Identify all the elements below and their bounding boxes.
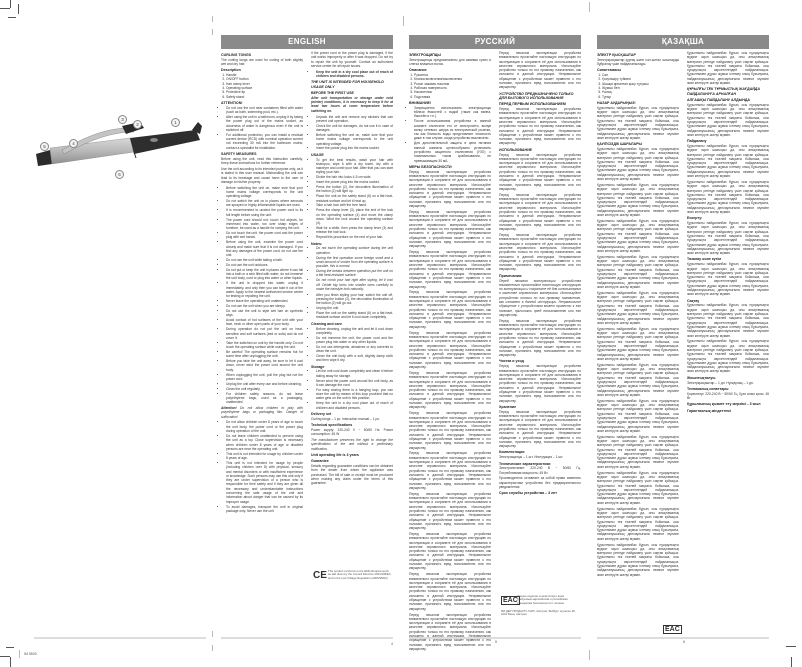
list-item: Do not leave children unattended to prev… xyxy=(226,434,303,451)
crop-mark xyxy=(10,0,11,8)
list-item: Take the switched on unit by the handle … xyxy=(226,341,303,350)
section-heading: Storage xyxy=(311,365,393,369)
body-text: Құрылғыны пайдаланбас бұрын, осы нұсқаул… xyxy=(597,147,679,181)
section-heading: Delivery set xyxy=(311,412,393,416)
list-item: Do not touch the unit, the power cord an… xyxy=(226,231,303,240)
document-code: IM 5500 xyxy=(24,652,37,656)
list-item: Take a hair lock with the free hand. xyxy=(316,203,393,207)
tech-text: Қоректенуі: 220-240 В ~ 50/60 Гц. Қуат а… xyxy=(687,392,769,401)
list-item: If the unit is dropped into water, unplu… xyxy=(226,281,303,298)
product-title: ЭЛЕКТРОЩИПЦЫ xyxy=(409,53,491,57)
list-item: Divide the hair into locks 4-5 cm wide. xyxy=(316,175,393,179)
crop-mark xyxy=(19,650,20,658)
fold-mark xyxy=(403,16,404,26)
list-item: Do not use the unit when you are sleepy. xyxy=(226,304,303,308)
list-item: During operation do not put the unit on … xyxy=(226,327,303,340)
section-heading: THE UNIT IS INTENDED FOR HOUSEHOLD USAGE… xyxy=(311,80,393,89)
body-text: Details regarding guarantee conditions c… xyxy=(311,464,393,485)
illustration-page: 1 2 3 4 5 6 IM 5500 xyxy=(0,0,215,667)
body-text: Перед началом эксплуатации устройства вн… xyxy=(409,210,491,249)
body-text: Перед началом эксплуатации устройства вн… xyxy=(409,532,491,571)
page-number: 6 xyxy=(683,640,685,644)
body-text: Перед началом эксплуатации устройства вн… xyxy=(409,492,491,531)
list-item: Do not allow children under 8 years of a… xyxy=(226,420,303,433)
body-text: Перед началом эксплуатации устройства вн… xyxy=(499,51,581,90)
list-item: After you finish styling your hair, swit… xyxy=(316,293,393,306)
bullet-list: Do not touch the operating surface durin… xyxy=(311,246,393,291)
tech-text: Электропитание: 220-240 В ~ 50/60 Гц. По… xyxy=(499,466,581,475)
list-item: Avoid contact of hot surfaces of the uni… xyxy=(226,318,303,327)
body-text: Перед началом эксплуатации устройства вн… xyxy=(409,331,491,370)
list-item: Never leave the operating unit unattende… xyxy=(226,299,303,303)
manufacturer-text: ФИ ДЕР ПРОДАКТС ГмбХ, Австрия. Вейбург ш… xyxy=(501,610,579,617)
section-header-english: ENGLISH xyxy=(221,35,393,49)
list-item: Be careful! The operating surface remain… xyxy=(226,350,303,359)
russian-column-1: ЭЛЕКТРОЩИПЦЫ Электрощипцы предназначены … xyxy=(409,51,491,653)
list-item: Do not put or keep the unit in places wh… xyxy=(226,268,303,281)
list-item: This unit is not intended for usage by p… xyxy=(226,461,303,504)
kazakh-column-1: ЭЛЕКТР ҚЫСҚАШТАР Электрқысқаштар құрғақ … xyxy=(597,51,679,579)
body-text: Құрылғыны пайдаланбас бұрын, осы нұсқаул… xyxy=(687,303,769,337)
list-item: Before using the unit, examine the power… xyxy=(226,240,303,257)
section-heading: Cleaning and care xyxy=(311,322,393,326)
bullet-list: Before cleaning, unplug the unit and let… xyxy=(311,327,393,363)
list-item: Do not switch the unit on in places wher… xyxy=(226,199,303,208)
body-text: Құрылғыны пайдаланбас бұрын, осы нұсқаул… xyxy=(597,327,679,361)
list-item: Repeat this procedure on the rest of you… xyxy=(316,235,393,239)
body-text: The curling tongs are used for curling o… xyxy=(221,58,303,67)
storage-heading: Сақтау xyxy=(687,299,769,303)
list-item: During the breaks between operation put … xyxy=(316,269,393,278)
list-item: Before cleaning, unplug the unit and let… xyxy=(316,327,393,336)
body-text: Құрылғыны пайдаланбас бұрын, осы нұсқаул… xyxy=(687,262,769,296)
product-title: ЭЛЕКТР ҚЫСҚАШТАР xyxy=(597,53,679,57)
notice-text: Производитель оставляет за собой право и… xyxy=(499,476,581,489)
attention-list: Запрещается использовать электрощипцы вб… xyxy=(409,106,491,163)
attention-heading: НАЗАР АУДАРЫҢЫЗ! xyxy=(597,101,679,105)
callout-3: 3 xyxy=(118,115,127,124)
list-item: Check the unit for damages, do not use i… xyxy=(316,124,393,133)
body-text: Құрылғыны пайдаланбас бұрын, осы нұсқаул… xyxy=(597,183,679,217)
attention-heading: ВНИМАНИЕ! xyxy=(409,101,491,105)
list-item: Do not use the unit to style wet hair on… xyxy=(226,309,303,318)
list-item: For easy storing there is a hanging loop… xyxy=(316,388,393,401)
callout-2: 2 xyxy=(133,120,142,129)
section-heading: SAFETY MEASURES xyxy=(221,152,303,156)
body-text: Құрылғыны пайдаланбас бұрын, осы нұсқаул… xyxy=(597,291,679,325)
footer-rule xyxy=(221,637,393,639)
delivery-text: Электрощипцы – 1 шт. Инструкция – 1 шт. xyxy=(499,455,581,459)
ce-conformity-text: This product conforms to the EMC-Require… xyxy=(328,570,392,580)
bullet-list: Do not allow children under 8 years of a… xyxy=(221,420,303,513)
usage-heading: ИСПОЛЬЗОВАНИЕ xyxy=(499,148,581,152)
notes-heading: Ескерту: xyxy=(687,216,769,220)
first-use-heading: АЛҒАШҚЫ ПАЙДАЛАНУ АЛДЫНДА xyxy=(687,98,769,102)
list-item: It is recommended to unwind the power co… xyxy=(226,208,303,217)
numbered-list: HandleON/OFF buttonHair clamp leverOpera… xyxy=(221,73,303,99)
list-item: Do not use detergents, abrasives or any … xyxy=(316,345,393,354)
usage-heading: Пайдалану xyxy=(687,139,769,143)
first-use-heading: ПЕРЕД ПЕРВЫМ ИСПОЛЬЗОВАНИЕМ xyxy=(499,102,581,106)
body-text: Құрылғыны пайдаланбас бұрын, осы нұсқаул… xyxy=(687,339,769,373)
delivery-heading: Жиынтықталуы xyxy=(687,376,769,380)
notes-heading: Примечания: xyxy=(499,274,581,278)
body-text: Power supply: 220-240 V ~ 50/60 Hz. Powe… xyxy=(311,428,393,437)
description-list: Рукоятка Кнопка включения/выключения Рыч… xyxy=(409,73,491,99)
list-item: For additional protection, you can insta… xyxy=(226,133,303,150)
list-item: Never wind the power cord around the uni… xyxy=(316,379,393,388)
body-text: Перед началом эксплуатации устройства вн… xyxy=(499,410,581,449)
crop-mark xyxy=(8,17,16,18)
body-text: Перед началом эксплуатации устройства вн… xyxy=(409,572,491,611)
fold-mark xyxy=(212,631,213,637)
body-text: Curling tongs – 1 pc. Instruction manual… xyxy=(311,417,393,421)
page-number: 4 xyxy=(391,642,393,646)
list-item: Before switching the unit on, make sure … xyxy=(316,133,393,146)
body-text: Құрылғыны пайдаланбас бұрын, осы нұсқаул… xyxy=(687,221,769,255)
description-heading: Описание xyxy=(409,68,491,72)
body-text: Attention! Do not allow children to play… xyxy=(221,406,303,419)
body-text: The manufacturer preserves the right to … xyxy=(311,438,393,451)
bullet-list: Before switching the unit on, make sure … xyxy=(221,186,303,405)
fold-mark xyxy=(212,29,213,35)
section-heading: Guarantee xyxy=(311,459,393,463)
list-item: Let the unit cool down completely and cl… xyxy=(316,369,393,378)
list-item: После использования устройства в ванной … xyxy=(414,119,491,140)
footer-rule xyxy=(34,637,206,639)
list-item: To get the best results, wash your hair … xyxy=(316,158,393,175)
crop-mark xyxy=(6,647,14,648)
list-item: Insert the power plug into the mains soc… xyxy=(316,146,393,150)
safety-heading: МЕРЫ БЕЗОПАСНОСТИ xyxy=(409,165,491,169)
body-text: Перед началом эксплуатации устройства вн… xyxy=(409,451,491,490)
safety-heading: ҚАУІПСІЗДІК ШАРАЛАРЫ xyxy=(597,142,679,146)
guarantee-heading: Гарантиялық міндеттемі xyxy=(687,409,769,413)
body-text: Before using the unit, read this instruc… xyxy=(221,157,303,166)
body-text: Құрылғыны пайдаланбас бұрын, осы нұсқаул… xyxy=(687,180,769,214)
body-text: Құрылғыны пайдаланбас бұрын, осы нұсқаул… xyxy=(597,471,679,505)
bullet-list: Keep the unit in a dry cool place out of… xyxy=(311,70,393,79)
fold-mark xyxy=(212,645,213,651)
section-heading: USAGE xyxy=(311,153,393,157)
body-text: Перед началом эксплуатации устройства вн… xyxy=(409,371,491,410)
page-number: 5 xyxy=(495,640,497,644)
crop-mark xyxy=(786,646,796,647)
ce-mark: CE xyxy=(313,570,327,581)
body-text: Перед началом эксплуатации устройства вн… xyxy=(499,107,581,146)
body-text: Құрылғыны пайдаланбас бұрын, осы нұсқаул… xyxy=(597,543,679,577)
crop-mark xyxy=(0,656,10,657)
english-column-2: if the power cord or the power plug is d… xyxy=(311,51,393,487)
body-text: Құрылғыны пайдаланбас бұрын, осы нұсқаул… xyxy=(597,106,679,140)
delivery-heading: Комплектация xyxy=(499,450,581,454)
body-text: Құрылғыны пайдаланбас бұрын, осы нұсқаул… xyxy=(687,51,769,85)
section-heading: Unit operating life is 3 years xyxy=(311,453,393,457)
household-heading: ҚҰРЫЛҒЫ ТЕК ТҰРМЫСТЫҚ ЖАҒДАЙДА ПАЙДАЛАНУ… xyxy=(687,87,769,96)
list-item: Clean the unit body with a soft, slightl… xyxy=(316,354,393,363)
delivery-text: Электрқысқаштар – 1 дн. Нұсқаулық – 1 дн… xyxy=(687,381,769,385)
list-item: This unit is not intended for usage by c… xyxy=(226,452,303,461)
list-item: Clean the unit regularly. xyxy=(226,387,303,391)
list-item: To avoid damages, transport the unit in … xyxy=(226,505,303,514)
body-text: Құрылғыны пайдаланбас бұрын, осы нұсқаул… xyxy=(687,103,769,137)
bullet-list: Do not use the unit near containers fill… xyxy=(221,106,303,150)
body-text: Құрылғыны пайдаланбас бұрын, осы нұсқаул… xyxy=(687,144,769,178)
list-item: Do not touch the operating surface durin… xyxy=(316,246,393,255)
list-item: Place the unit on the safety stand (6) o… xyxy=(316,194,393,203)
body-text: Құрылғыны пайдаланбас бұрын, осы нұсқаул… xyxy=(597,435,679,469)
product-intro: Электрощипцы предназначены для завивки с… xyxy=(409,58,491,67)
english-page: ENGLISH CURLING TONGSThe curling tongs a… xyxy=(221,0,393,667)
bullet-list: To get the best results, wash your hair … xyxy=(311,158,393,240)
life-heading: Құрылғының қызмет ету мерзімі – 3 жыл xyxy=(687,402,769,406)
list-item: Unplug the unit after every use and befo… xyxy=(226,382,303,386)
list-item: Press the button (2), the decorative ill… xyxy=(316,185,393,194)
body-text: Перед началом эксплуатации устройства вн… xyxy=(499,364,581,403)
body-text: Перед началом эксплуатации устройства вн… xyxy=(499,193,581,232)
crop-mark xyxy=(791,657,792,667)
body-text: Құрылғыны пайдаланбас бұрын, осы нұсқаул… xyxy=(597,219,679,253)
body-text: Перед началом эксплуатации устройства вн… xyxy=(499,233,581,272)
list-item: Запрещается использовать электрощипцы вб… xyxy=(414,106,491,119)
list-item: Unplug the unit. xyxy=(316,306,393,310)
list-item: During the first operation some foreign … xyxy=(316,256,393,269)
body-text: Use the unit according to its intended p… xyxy=(221,167,303,184)
description-list: Сап Қосу/өшіру түймесі Шашқа арналған қы… xyxy=(597,73,679,99)
body-text: Құрылғыны пайдаланбас бұрын, осы нұсқаул… xyxy=(597,507,679,541)
eac-mark: EAC xyxy=(663,625,682,634)
cleaning-heading: Тазалау және күтім xyxy=(687,257,769,261)
section-header-kazakh: ҚАЗАҚША xyxy=(597,35,769,49)
crop-mark xyxy=(10,657,11,667)
section-header-russian: РУССКИЙ xyxy=(409,35,581,49)
footer-rule xyxy=(409,637,581,639)
russian-column-2: Перед началом эксплуатации устройства вн… xyxy=(499,51,581,496)
callout-5: 5 xyxy=(40,142,49,151)
list-item: Before you take the unit away, be sure t… xyxy=(226,359,303,372)
tech-heading: Технические характеристики xyxy=(499,462,581,466)
product-intro: Электрқысқаштар құрғақ және сәл-ылғал ша… xyxy=(597,58,679,67)
list-item: Do not immerse the unit, the power cord … xyxy=(316,336,393,345)
household-heading: УСТРОЙСТВО ПРЕДНАЗНАЧЕНО ТОЛЬКО ДЛЯ БЫТО… xyxy=(499,92,581,101)
callout-4: 4 xyxy=(69,139,78,148)
english-column-1: CURLING TONGSThe curling tongs are used … xyxy=(221,51,303,515)
russian-page: РУССКИЙ ЭЛЕКТРОЩИПЦЫ Электрощипцы предна… xyxy=(409,0,581,667)
list-item: Для дополнительной защиты в цепи питания… xyxy=(414,141,491,162)
kazakh-column-2: Құрылғыны пайдаланбас бұрын, осы нұсқаул… xyxy=(687,51,769,413)
body-text: Құрылғыны пайдаланбас бұрын, осы нұсқаул… xyxy=(597,363,679,397)
eac-text: Данное изделие соответствует всем требуе… xyxy=(517,595,579,605)
life-heading: Срок службы устройства – 3 лет xyxy=(499,491,581,495)
list-item: Wait for a while, then press the clamp l… xyxy=(316,226,393,235)
list-item: Keep the unit in a dry cool place out of… xyxy=(316,401,393,410)
body-text: Перед началом эксплуатации устройства вн… xyxy=(409,411,491,450)
list-item: Insert the power plug into the mains soc… xyxy=(316,180,393,184)
body-text: Перед началом эксплуатации устройства вн… xyxy=(499,319,581,358)
storage-heading: Хранение xyxy=(499,405,581,409)
body-text: Перед началом эксплуатации устройства вн… xyxy=(409,613,491,652)
crop-mark xyxy=(0,8,10,9)
fold-mark xyxy=(589,2,590,12)
body-text: Құрылғыны пайдаланбас бұрын, осы нұсқаул… xyxy=(597,399,679,433)
list-item: When unplugging the unit, pull the plug … xyxy=(226,373,303,382)
body-text: Перед началом эксплуатации устройства вн… xyxy=(409,290,491,329)
list-item: Do not use the unit outdoors. xyxy=(226,263,303,267)
section-heading: Notes: xyxy=(311,242,393,246)
body-text: Құрылғыны пайдаланбас бұрын, осы нұсқаул… xyxy=(597,255,679,289)
callout-1: 1 xyxy=(171,118,180,127)
list-item: Do not comb your hair right after stylin… xyxy=(316,278,393,291)
callout-6: 6 xyxy=(115,170,124,179)
kazakh-page: ҚАЗАҚША ЭЛЕКТР ҚЫСҚАШТАР Электрқысқаштар… xyxy=(597,0,769,667)
list-item: Do not use the unit near containers fill… xyxy=(226,106,303,115)
list-item: Тұғыр xyxy=(602,95,679,99)
list-item: Before switching the unit on, make sure … xyxy=(226,186,303,199)
description-heading: Сипаттамасы xyxy=(597,68,679,72)
section-heading: ATTENTION! xyxy=(221,101,303,105)
list-item: Keep the unit in a dry cool place out of… xyxy=(316,70,393,79)
bullet-list: Unpack the unit and remove any stickers … xyxy=(311,115,393,151)
list-item: Safety stand xyxy=(226,95,303,99)
section-heading: Description xyxy=(221,68,303,72)
body-text: if the power cord or the power plug is d… xyxy=(311,51,393,68)
section-heading: Technical specifications xyxy=(311,423,393,427)
list-item: For children safety reasons, do not leav… xyxy=(226,392,303,405)
section-heading: BEFORE THE FIRST USE xyxy=(311,91,393,95)
list-item: Unpack the unit and remove any stickers … xyxy=(316,115,393,124)
tech-heading: Техникалық сипаттары xyxy=(687,387,769,391)
fold-mark xyxy=(212,16,213,22)
body-text: Перед началом эксплуатации устройства вн… xyxy=(409,170,491,209)
footer-rule xyxy=(597,637,769,639)
list-item: Press the clamp lever (3), place the end… xyxy=(316,208,393,225)
cleaning-heading: Чистка и уход xyxy=(499,359,581,363)
list-item: Do not use the unit while taking a bath. xyxy=(226,258,303,262)
body-text: After unit transportation or storage und… xyxy=(311,96,393,113)
section-heading: CURLING TONGS xyxy=(221,53,303,57)
body-text: Перед началом эксплуатации устройства вн… xyxy=(499,279,581,318)
list-item: Подставка xyxy=(414,95,491,99)
bullet-list: Let the unit cool down completely and cl… xyxy=(311,369,393,409)
body-text: Перед началом эксплуатации устройства вн… xyxy=(409,250,491,289)
body-text: Перед началом эксплуатации устройства вн… xyxy=(499,153,581,192)
list-item: After using the unit in a bathroom, unpl… xyxy=(226,115,303,132)
list-item: Place the unit on the safety stand (6) o… xyxy=(316,311,393,320)
fold-mark xyxy=(589,650,590,660)
list-item: The power cord should not: touch hot obj… xyxy=(226,218,303,231)
crop-mark xyxy=(18,4,19,14)
bullet-list: After you finish styling your hair, swit… xyxy=(311,293,393,320)
